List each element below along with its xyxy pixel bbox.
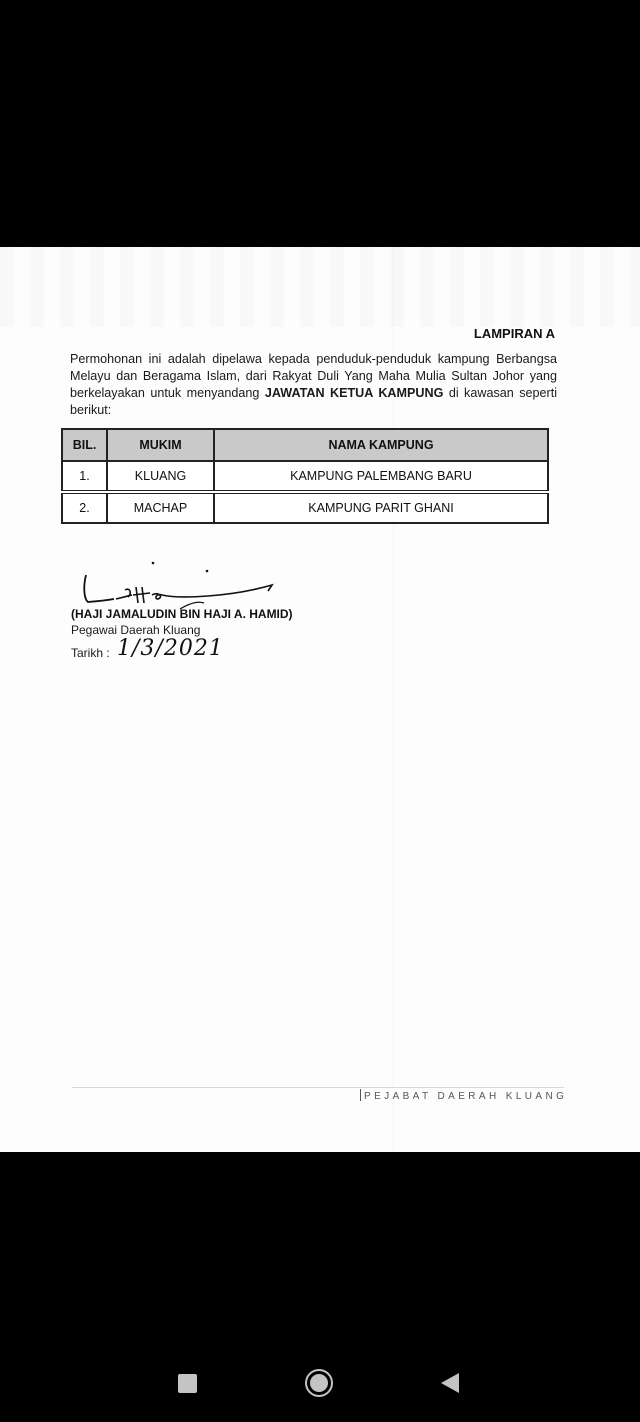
signatory-name: (HAJI JAMALUDIN BIN HAJI A. HAMID) — [71, 607, 293, 621]
handwritten-date: 1/3/2021 — [117, 636, 224, 661]
header-bil: BIL. — [62, 429, 107, 461]
table-row: 2. MACHAP KAMPUNG PARIT GHANI — [62, 492, 548, 523]
header-mukim: MUKIM — [107, 429, 214, 461]
appendix-heading: LAMPIRAN A — [474, 326, 555, 341]
recent-apps-icon[interactable] — [178, 1374, 197, 1393]
intro-paragraph: Permohonan ini adalah dipelawa kepada pe… — [70, 351, 557, 419]
home-icon[interactable] — [305, 1369, 333, 1397]
cell-bil: 2. — [62, 492, 107, 523]
footer-bar-mark — [360, 1089, 361, 1101]
cell-nama-kampung: KAMPUNG PALEMBANG BARU — [214, 461, 548, 492]
cell-nama-kampung: KAMPUNG PARIT GHANI — [214, 492, 548, 523]
footer-label: PEJABAT DAERAH KLUANG — [364, 1091, 567, 1102]
top-black-area — [0, 0, 640, 247]
document-page: LAMPIRAN A Permohonan ini adalah dipelaw… — [0, 247, 640, 1152]
footer-office-name: PEJABAT DAERAH KLUANG — [360, 1089, 567, 1102]
bleed-through-texture — [0, 247, 640, 327]
cell-mukim: KLUANG — [107, 461, 214, 492]
table-row: 1. KLUANG KAMPUNG PALEMBANG BARU — [62, 461, 548, 492]
date-label: Tarikh : — [71, 646, 110, 660]
village-table: BIL. MUKIM NAMA KAMPUNG 1. KLUANG KAMPUN… — [61, 428, 549, 524]
footer-divider — [72, 1087, 564, 1088]
paragraph-bold-position: JAWATAN KETUA KAMPUNG — [265, 386, 444, 400]
back-icon[interactable] — [441, 1373, 459, 1393]
cell-bil: 1. — [62, 461, 107, 492]
header-nama-kampung: NAMA KAMPUNG — [214, 429, 548, 461]
cell-mukim: MACHAP — [107, 492, 214, 523]
signatory-title: Pegawai Daerah Kluang — [71, 623, 200, 637]
table-header-row: BIL. MUKIM NAMA KAMPUNG — [62, 429, 548, 461]
